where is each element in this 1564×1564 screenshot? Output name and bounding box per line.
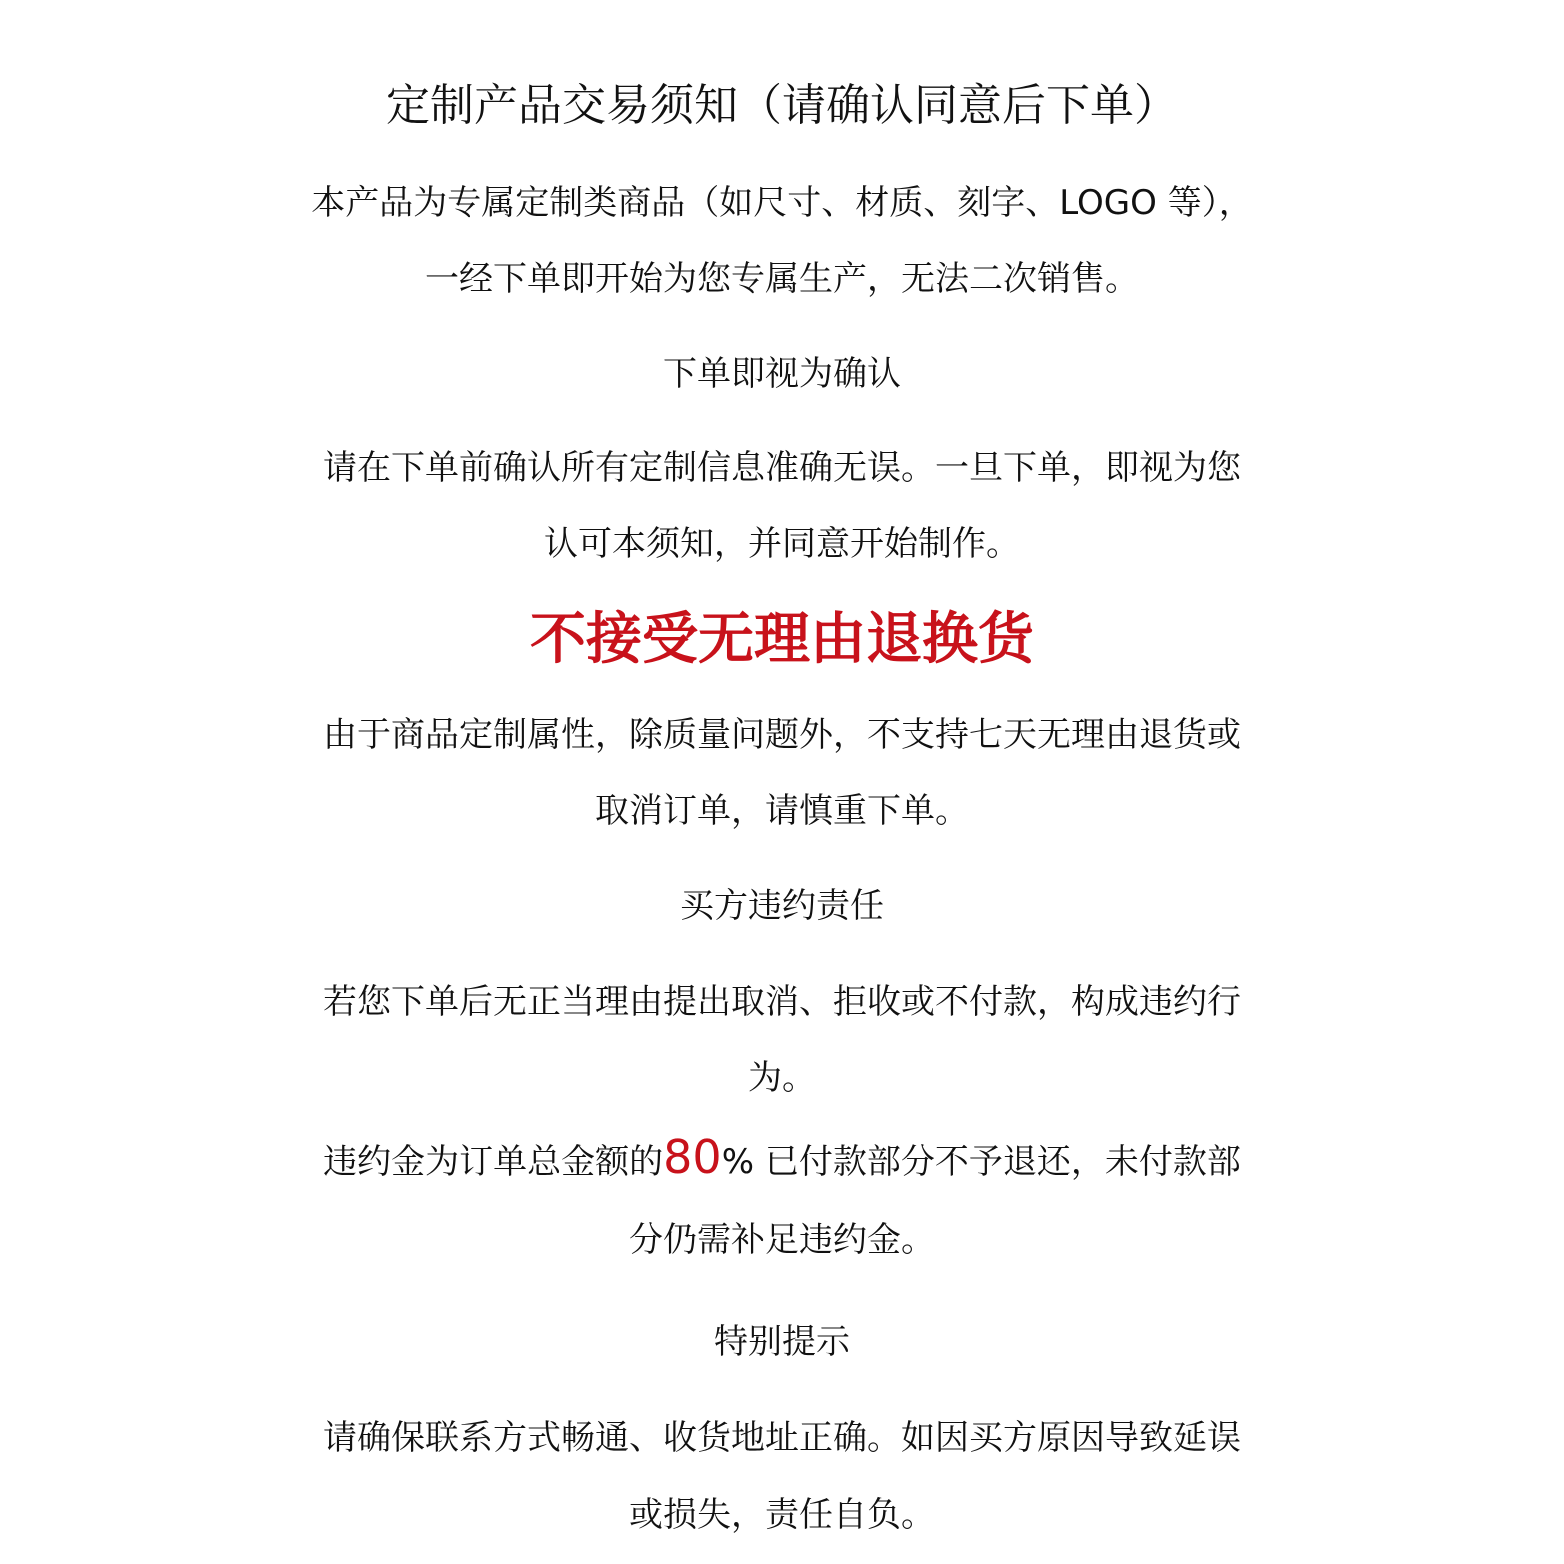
penalty-text-pre: 违约金为订单总金额的 — [323, 1142, 663, 1182]
penalty-percent: 80 — [663, 1130, 722, 1184]
breach-heading: 买方违约责任 — [0, 889, 1564, 923]
breach-line-3: 违约金为订单总金额的80% 已付款部分不予退还，未付款部 — [0, 1134, 1564, 1180]
confirm-line-1: 请在下单前确认所有定制信息准确无误。一旦下单，即视为您 — [0, 451, 1564, 485]
notice-line-1: 请确保联系方式畅通、收货地址正确。如因买方原因导致延误 — [0, 1421, 1564, 1455]
no-return-warning: 不接受无理由退换货 — [0, 612, 1564, 668]
confirm-line-2: 认可本须知，并同意开始制作。 — [0, 527, 1564, 561]
penalty-percent-sign: % — [722, 1142, 754, 1182]
notice-heading: 特别提示 — [0, 1325, 1564, 1359]
breach-line-2: 为。 — [0, 1061, 1564, 1095]
breach-line-1: 若您下单后无正当理由提出取消、拒收或不付款，构成违约行 — [0, 985, 1564, 1019]
penalty-text-post: 已付款部分不予退还，未付款部 — [754, 1142, 1241, 1182]
notice-line-2: 或损失，责任自负。 — [0, 1498, 1564, 1532]
intro-line-2: 一经下单即开始为您专属生产，无法二次销售。 — [0, 262, 1564, 296]
page-title: 定制产品交易须知（请确认同意后下单） — [0, 84, 1564, 128]
confirm-heading: 下单即视为确认 — [0, 357, 1564, 391]
breach-line-4: 分仍需补足违约金。 — [0, 1223, 1564, 1257]
warning-line-2: 取消订单，请慎重下单。 — [0, 794, 1564, 828]
intro-line-1: 本产品为专属定制类商品（如尺寸、材质、刻字、LOGO 等）， — [0, 186, 1564, 220]
warning-line-1: 由于商品定制属性，除质量问题外，不支持七天无理由退货或 — [0, 718, 1564, 752]
